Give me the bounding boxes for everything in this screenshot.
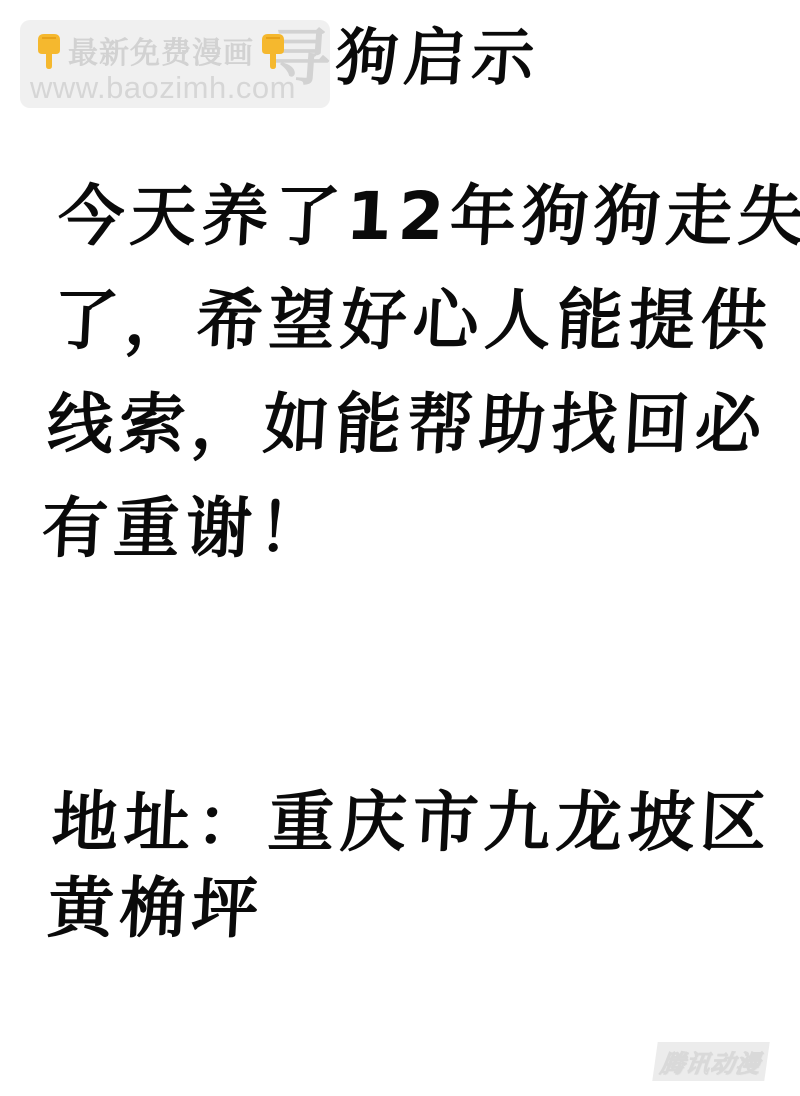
publisher-logo: 腾讯动漫 [652, 1042, 769, 1081]
notice-line: 今天养了12年狗狗走失 [55, 165, 800, 269]
notice-line: 了，希望好心人能提供 [50, 269, 800, 373]
watermark-row-1: 最新免费漫画 [34, 28, 288, 72]
notice-line: 线索，如能帮助找回必 [45, 373, 800, 477]
pointing-down-hand-icon [34, 30, 64, 70]
notice-line: 有重谢！ [39, 477, 794, 581]
address-line: 地址：重庆市九龙坡区 [50, 780, 800, 866]
watermark-slogan: 最新免费漫画 [68, 28, 254, 72]
notice-body: 今天养了12年狗狗走失 了，希望好心人能提供 线索，如能帮助找回必 有重谢！ [39, 165, 800, 581]
site-watermark[interactable]: 最新免费漫画 www.baozimh.com [20, 20, 330, 108]
comic-page: 最新免费漫画 www.baozimh.com 寻狗启示 今天养了12年狗狗走失 … [0, 0, 800, 1096]
pointing-down-hand-icon [258, 30, 288, 70]
watermark-url: www.baozimh.com [30, 70, 296, 106]
address-line: 黄桷坪 [45, 866, 800, 952]
address-block: 地址：重庆市九龙坡区 黄桷坪 [45, 780, 800, 952]
